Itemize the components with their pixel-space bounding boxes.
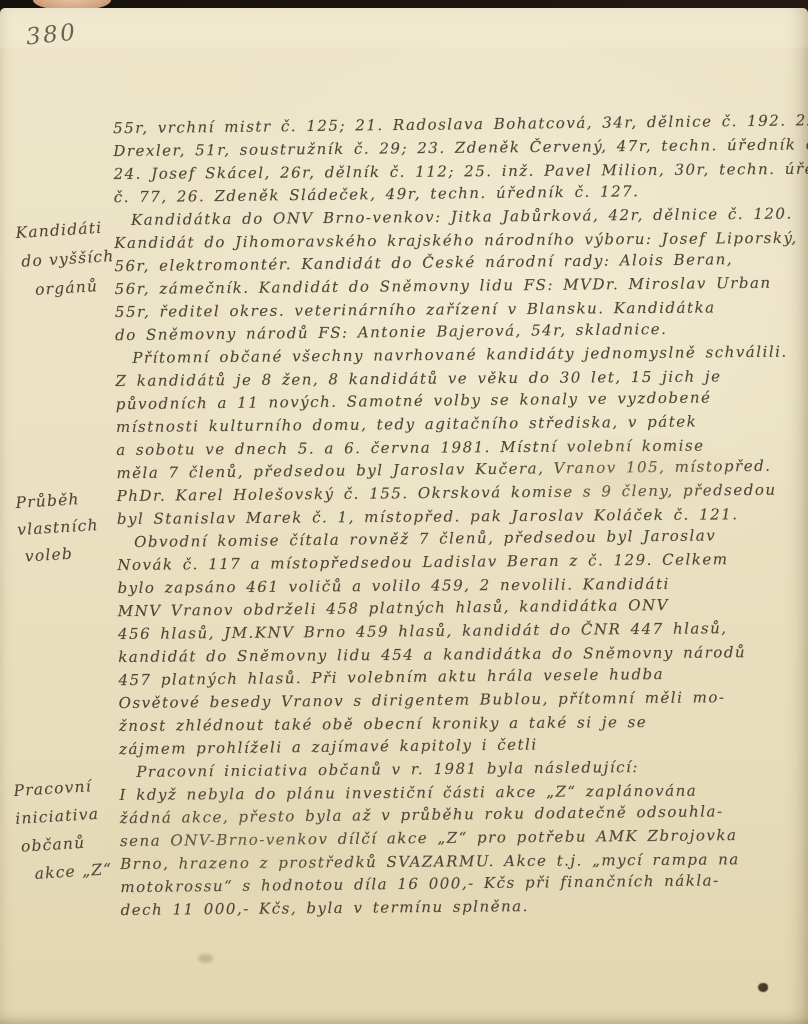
chronicle-page: 380 Kandidátido vyššíchorgánů Průběhvlas… bbox=[0, 8, 808, 1024]
handwritten-line: akce „Z“ bbox=[18, 860, 113, 894]
main-handwritten-text-block: 55r, vrchní mistr č. 125; 21. Radoslava … bbox=[113, 113, 773, 924]
margin-note-candidates-higher-bodies: Kandidátido vyššíchorgánů bbox=[15, 218, 117, 311]
margin-note-work-initiative-akce-z: Pracovníiniciativaobčanůakce „Z“ bbox=[13, 776, 113, 894]
margin-note-course-of-elections: Průběhvlastníchvoleb bbox=[15, 489, 101, 575]
ink-spot bbox=[758, 983, 768, 992]
paper-smudge bbox=[198, 954, 213, 963]
page-number: 380 bbox=[25, 19, 79, 50]
handwritten-line: orgánů bbox=[19, 276, 118, 311]
handwritten-line: voleb bbox=[18, 543, 101, 575]
photo-background: 380 Kandidátido vyššíchorgánů Průběhvlas… bbox=[0, 0, 808, 1024]
